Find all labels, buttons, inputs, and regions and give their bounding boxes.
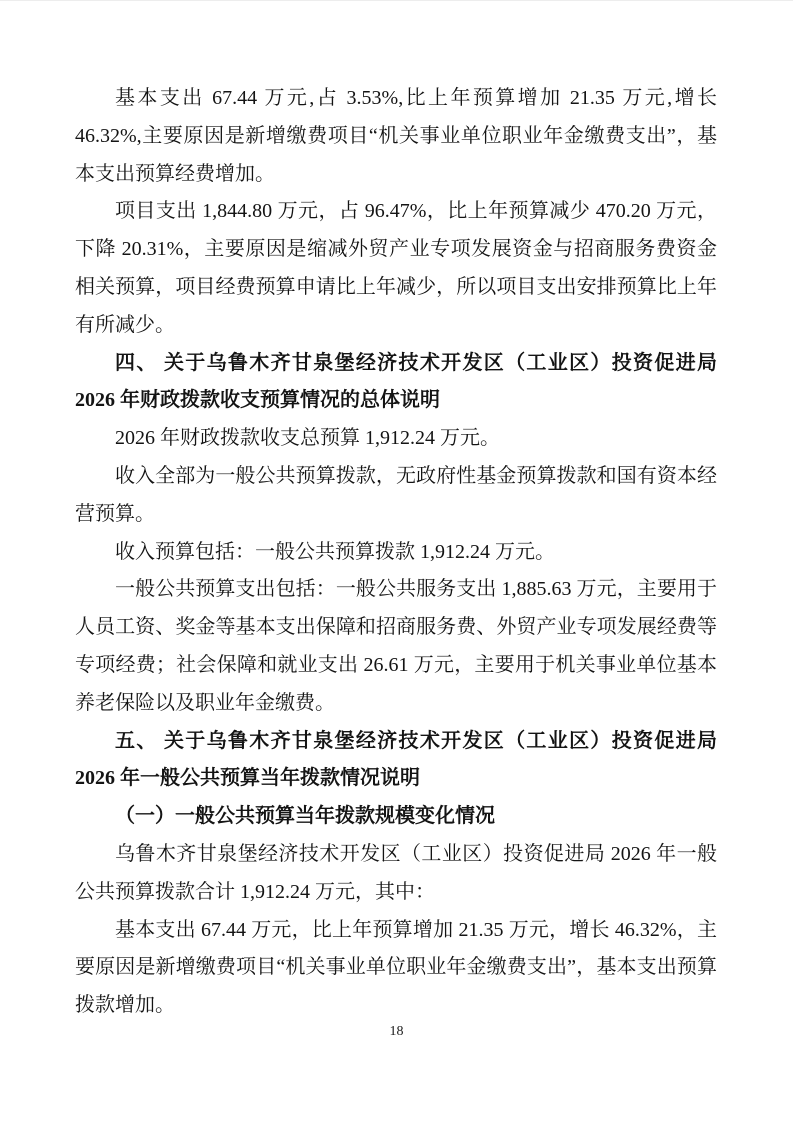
paragraph: 2026 年财政拨款收支总预算 1,912.24 万元。 [75, 420, 717, 458]
paragraph: 基本支出 67.44 万元,占 3.53%,比上年预算增加 21.35 万元,增… [75, 80, 717, 193]
document-page: 基本支出 67.44 万元,占 3.53%,比上年预算增加 21.35 万元,增… [0, 0, 793, 1122]
section-heading: （一）一般公共预算当年拨款规模变化情况 [75, 798, 717, 836]
paragraph: 一般公共预算支出包括：一般公共服务支出 1,885.63 万元，主要用于人员工资… [75, 571, 717, 722]
paragraph: 收入预算包括：一般公共预算拨款 1,912.24 万元。 [75, 534, 717, 572]
page-number: 18 [0, 1023, 793, 1041]
paragraph: 乌鲁木齐甘泉堡经济技术开发区（工业区）投资促进局 2026 年一般公共预算拨款合… [75, 836, 717, 912]
document-body: 基本支出 67.44 万元,占 3.53%,比上年预算增加 21.35 万元,增… [75, 80, 717, 1025]
section-heading: 四、 关于乌鲁木齐甘泉堡经济技术开发区（工业区）投资促进局 2026 年财政拨款… [75, 345, 717, 421]
section-heading: 五、 关于乌鲁木齐甘泉堡经济技术开发区（工业区）投资促进局 2026 年一般公共… [75, 723, 717, 799]
paragraph: 收入全部为一般公共预算拨款，无政府性基金预算拨款和国有资本经营预算。 [75, 458, 717, 534]
paragraph: 项目支出 1,844.80 万元，占 96.47%，比上年预算减少 470.20… [75, 193, 717, 344]
paragraph: 基本支出 67.44 万元，比上年预算增加 21.35 万元，增长 46.32%… [75, 912, 717, 1025]
